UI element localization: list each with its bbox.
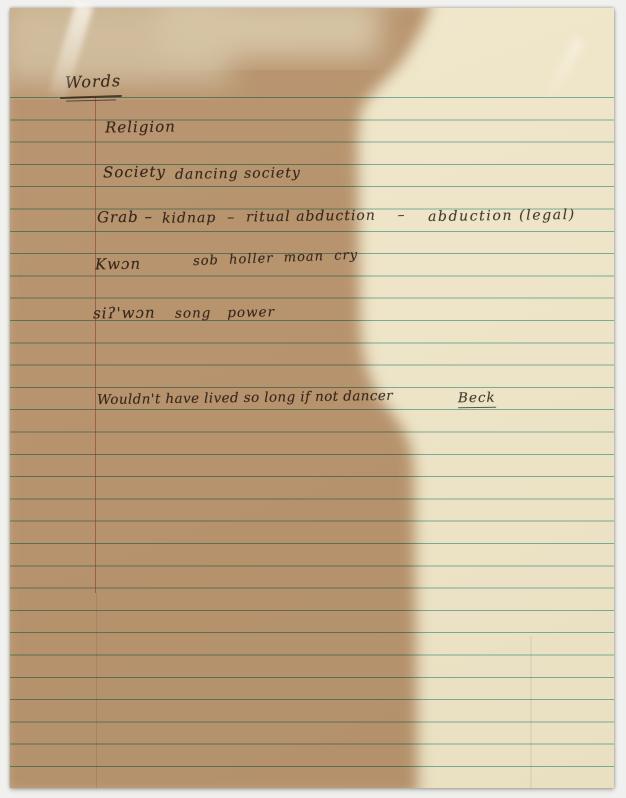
stain-main: [10, 8, 432, 788]
stain-overlay: [10, 8, 614, 788]
notebook-page: Words Religion Society dancing society G…: [10, 8, 614, 788]
scanned-document: Words Religion Society dancing society G…: [0, 0, 626, 798]
vertical-crease: [530, 636, 532, 788]
stain-dark-band: [160, 8, 380, 58]
